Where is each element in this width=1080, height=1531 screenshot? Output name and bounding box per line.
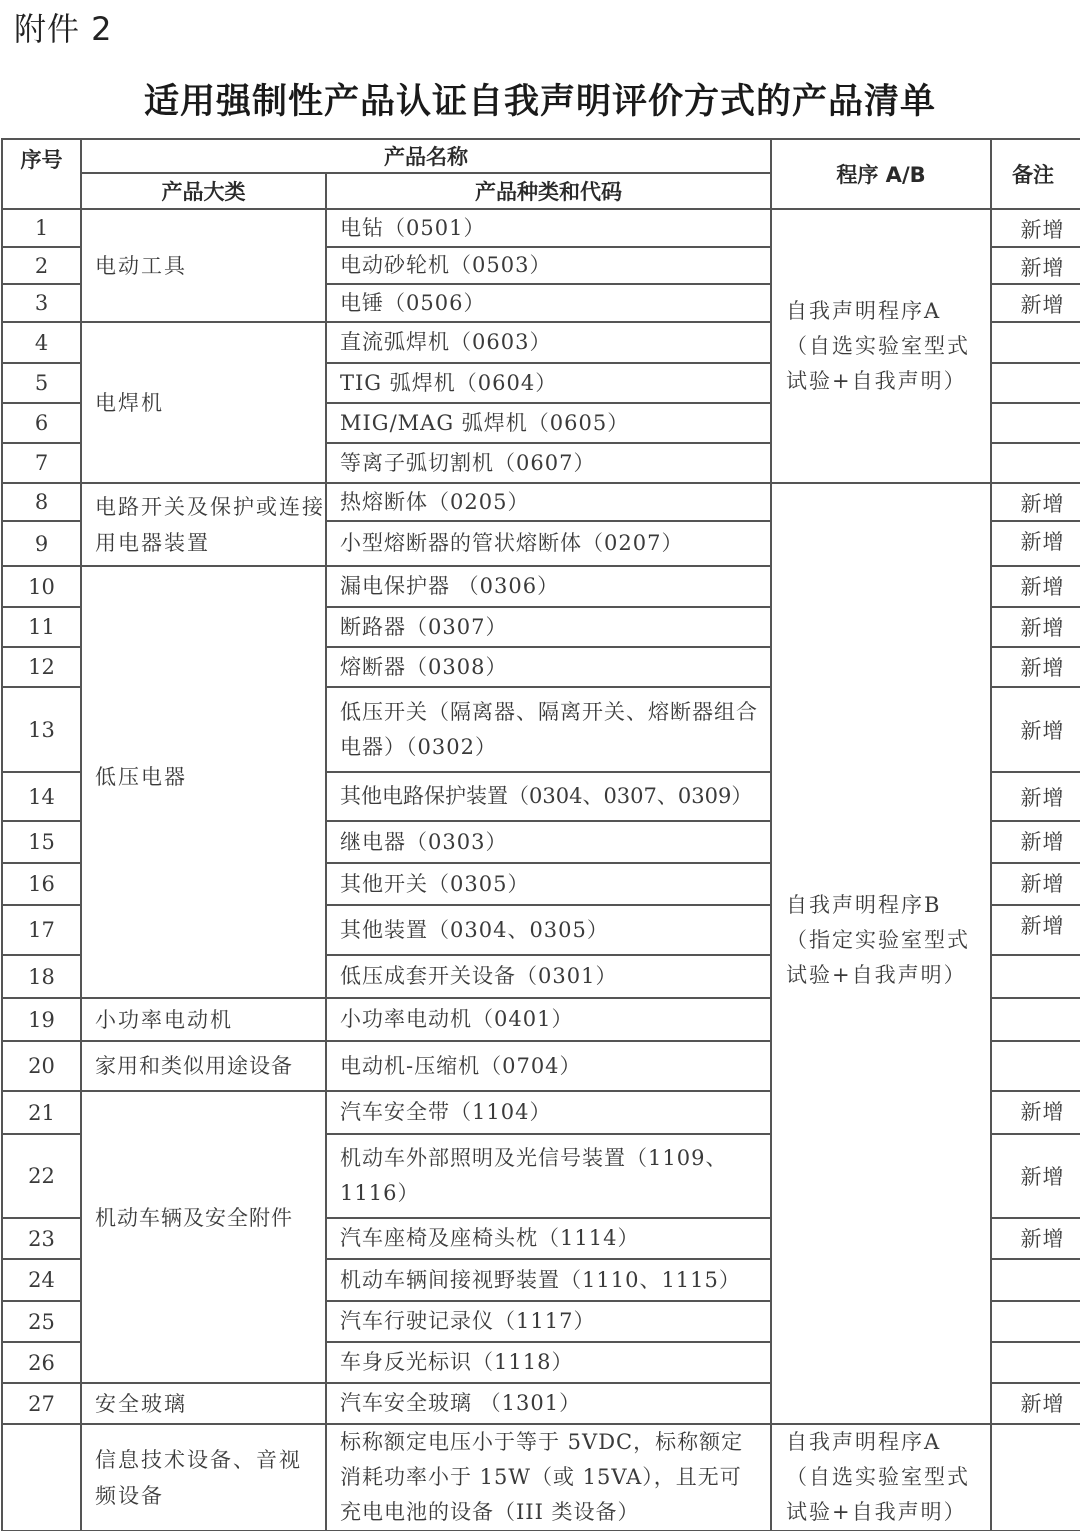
table-row: 信息技术设备、音视频设备 标称额定电压小于等于 5VDC，标称额定消耗功率小于 …	[2, 1424, 1080, 1531]
note-cell: 新增	[991, 772, 1080, 821]
row-no: 21	[2, 1091, 81, 1134]
note-cell: 新增	[991, 566, 1080, 607]
row-no: 9	[2, 521, 81, 566]
category-cell: 电焊机	[81, 322, 326, 483]
product-cell: 漏电保护器 （0306）	[326, 566, 771, 607]
note-cell	[991, 363, 1080, 403]
row-no: 20	[2, 1041, 81, 1091]
product-cell: 小型熔断器的管状熔断体（0207）	[326, 521, 771, 566]
product-cell: 低压成套开关设备（0301）	[326, 955, 771, 998]
product-cell: 熔断器（0308）	[326, 647, 771, 687]
product-cell: 标称额定电压小于等于 5VDC，标称额定消耗功率小于 15W（或 15VA），且…	[326, 1424, 771, 1531]
product-cell: 电动机-压缩机（0704）	[326, 1041, 771, 1091]
row-no: 2	[2, 247, 81, 284]
procedure-line: 自我声明程序A	[786, 294, 990, 329]
procedure-a-cell: 自我声明程序A （自选实验室型式 试验+自我声明）	[771, 209, 991, 483]
note-cell	[991, 1342, 1080, 1383]
table-row: 8 电路开关及保护或连接用电器装置 热熔断体（0205） 自我声明程序B （指定…	[2, 483, 1080, 521]
note-cell: 新增	[991, 863, 1080, 905]
product-cell: 小功率电动机（0401）	[326, 998, 771, 1041]
row-no: 11	[2, 607, 81, 647]
attachment-label: 附件 2	[14, 4, 113, 50]
category-cell: 信息技术设备、音视频设备	[81, 1424, 326, 1531]
product-cell: 其他开关（0305）	[326, 863, 771, 905]
procedure-line: （自选实验室型式	[786, 1460, 990, 1495]
category-cell: 电路开关及保护或连接用电器装置	[81, 483, 326, 566]
product-cell: 断路器（0307）	[326, 607, 771, 647]
product-cell: 机动车外部照明及光信号装置（1109、1116）	[326, 1134, 771, 1218]
table-row: 1 电动工具 电钻（0501） 自我声明程序A （自选实验室型式 试验+自我声明…	[2, 209, 1080, 247]
note-cell: 新增	[991, 1218, 1080, 1259]
row-no: 27	[2, 1383, 81, 1424]
note-cell	[991, 322, 1080, 363]
note-cell: 新增	[991, 284, 1080, 322]
row-no: 13	[2, 687, 81, 772]
product-cell: 其他电路保护装置（0304、0307、0309）	[326, 772, 771, 821]
product-cell: 电锤（0506）	[326, 284, 771, 322]
row-no: 19	[2, 998, 81, 1041]
row-no: 25	[2, 1301, 81, 1342]
procedure-a-cell: 自我声明程序A （自选实验室型式 试验+自我声明）	[771, 1424, 991, 1531]
note-cell	[991, 403, 1080, 443]
category-cell: 机动车辆及安全附件	[81, 1091, 326, 1383]
row-no: 1	[2, 209, 81, 247]
note-cell: 新增	[991, 209, 1080, 247]
note-cell: 新增	[991, 647, 1080, 687]
procedure-b-cell: 自我声明程序B （指定实验室型式 试验+自我声明）	[771, 483, 991, 1424]
header-no: 序号	[2, 139, 81, 209]
row-no: 26	[2, 1342, 81, 1383]
product-cell: 机动车辆间接视野装置（1110、1115）	[326, 1259, 771, 1301]
product-cell: TIG 弧焊机（0604）	[326, 363, 771, 403]
product-cell: 其他装置（0304、0305）	[326, 905, 771, 955]
procedure-line: （自选实验室型式	[786, 329, 990, 364]
row-no: 23	[2, 1218, 81, 1259]
category-cell: 低压电器	[81, 566, 326, 998]
product-cell: 汽车座椅及座椅头枕（1114）	[326, 1218, 771, 1259]
row-no: 3	[2, 284, 81, 322]
row-no: 22	[2, 1134, 81, 1218]
note-cell: 新增	[991, 483, 1080, 521]
note-cell	[991, 1424, 1080, 1531]
note-cell	[991, 1041, 1080, 1091]
product-cell: 电钻（0501）	[326, 209, 771, 247]
procedure-line: 试验+自我声明）	[786, 364, 990, 399]
category-cell: 家用和类似用途设备	[81, 1041, 326, 1091]
product-cell: 汽车安全带（1104）	[326, 1091, 771, 1134]
note-cell	[991, 443, 1080, 483]
procedure-line: 自我声明程序A	[786, 1425, 990, 1460]
product-list-table: 序号 产品名称 程序 A/B 备注 产品大类 产品种类和代码 1 电动工具 电钻…	[1, 138, 1080, 1531]
note-cell: 新增	[991, 821, 1080, 863]
product-cell: 车身反光标识（1118）	[326, 1342, 771, 1383]
product-cell: 低压开关（隔离器、隔离开关、熔断器组合电器）（0302）	[326, 687, 771, 772]
note-cell	[991, 1259, 1080, 1301]
header-category: 产品大类	[81, 173, 326, 209]
category-cell: 电动工具	[81, 209, 326, 322]
row-no: 10	[2, 566, 81, 607]
product-cell: 热熔断体（0205）	[326, 483, 771, 521]
product-cell: 电动砂轮机（0503）	[326, 247, 771, 284]
product-cell: 汽车行驶记录仪（1117）	[326, 1301, 771, 1342]
row-no: 24	[2, 1259, 81, 1301]
note-cell	[991, 1301, 1080, 1342]
header-product-type-code: 产品种类和代码	[326, 173, 771, 209]
document-title: 适用强制性产品认证自我声明评价方式的产品清单	[0, 74, 1080, 124]
note-cell: 新增	[991, 247, 1080, 284]
header-product-name: 产品名称	[81, 139, 771, 173]
procedure-line: 自我声明程序B	[786, 888, 990, 923]
row-no: 16	[2, 863, 81, 905]
row-no: 14	[2, 772, 81, 821]
note-cell: 新增	[991, 521, 1080, 566]
row-no	[2, 1424, 81, 1531]
category-cell: 安全玻璃	[81, 1383, 326, 1424]
note-cell: 新增	[991, 1091, 1080, 1134]
note-cell: 新增	[991, 1383, 1080, 1424]
procedure-line: 试验+自我声明）	[786, 1495, 990, 1530]
row-no: 6	[2, 403, 81, 443]
category-cell: 小功率电动机	[81, 998, 326, 1041]
product-cell: MIG/MAG 弧焊机（0605）	[326, 403, 771, 443]
procedure-line: 试验+自我声明）	[786, 958, 990, 993]
row-no: 12	[2, 647, 81, 687]
note-cell: 新增	[991, 687, 1080, 772]
row-no: 7	[2, 443, 81, 483]
header-note: 备注	[991, 139, 1080, 209]
note-cell: 新增	[991, 1134, 1080, 1218]
product-cell: 继电器（0303）	[326, 821, 771, 863]
row-no: 5	[2, 363, 81, 403]
note-cell: 新增	[991, 905, 1080, 955]
product-cell: 等离子弧切割机（0607）	[326, 443, 771, 483]
note-cell	[991, 955, 1080, 998]
product-cell: 直流弧焊机（0603）	[326, 322, 771, 363]
procedure-line: （指定实验室型式	[786, 923, 990, 958]
row-no: 18	[2, 955, 81, 998]
product-cell: 汽车安全玻璃 （1301）	[326, 1383, 771, 1424]
row-no: 17	[2, 905, 81, 955]
row-no: 15	[2, 821, 81, 863]
note-cell	[991, 998, 1080, 1041]
note-cell: 新增	[991, 607, 1080, 647]
header-procedure: 程序 A/B	[771, 139, 991, 209]
row-no: 4	[2, 322, 81, 363]
row-no: 8	[2, 483, 81, 521]
